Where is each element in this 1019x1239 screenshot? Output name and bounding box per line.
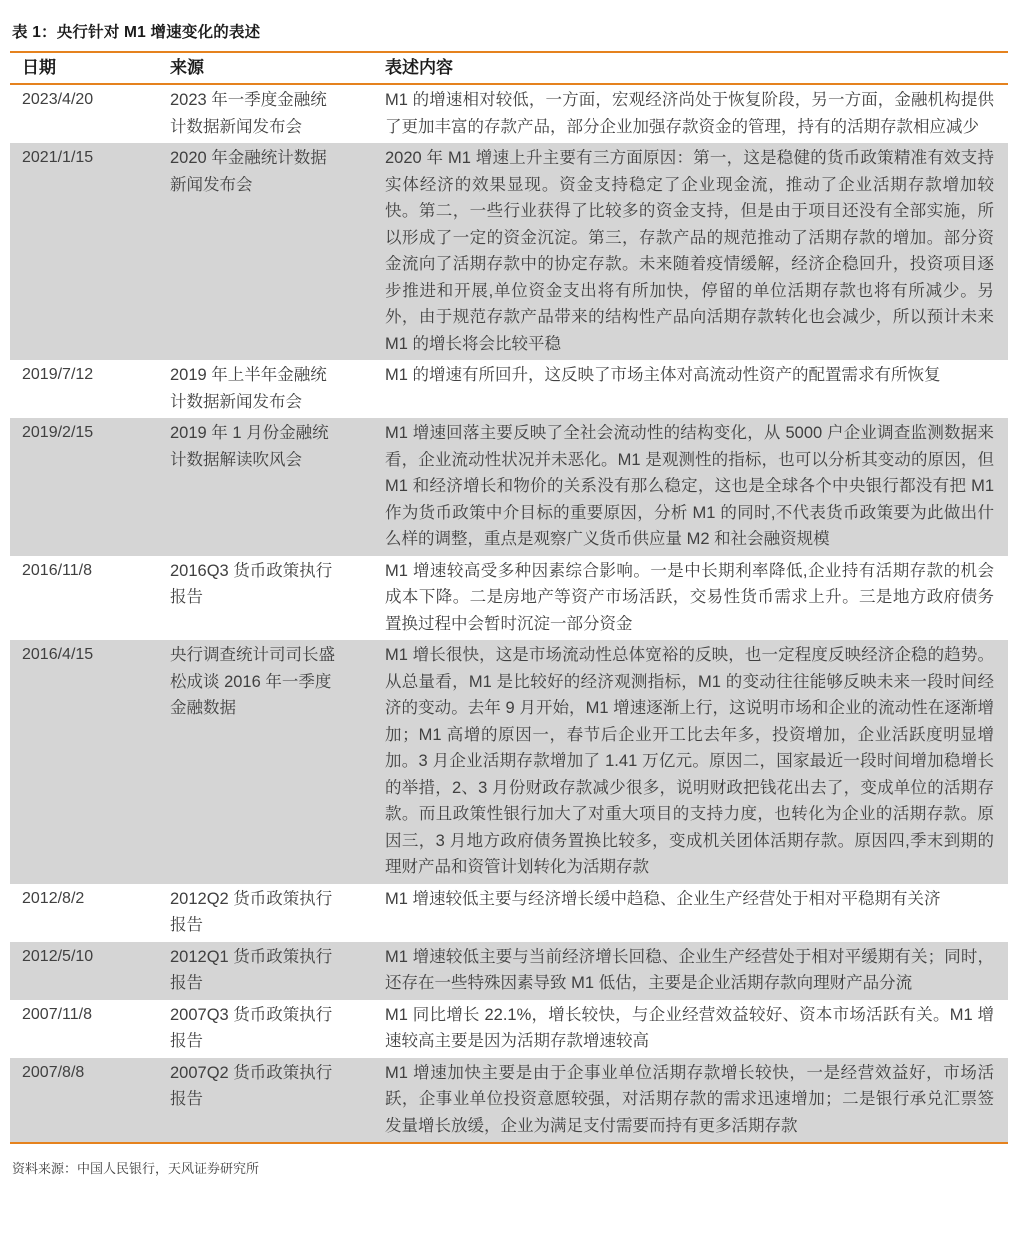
row-date: 2019/7/12 xyxy=(22,362,170,415)
row-source: 2016Q3 货币政策执行报告 xyxy=(170,558,342,638)
row-source: 央行调查统计司司长盛松成谈 2016 年一季度金融数据 xyxy=(170,642,342,881)
row-content: M1 的增速相对较低，一方面，宏观经济尚处于恢复阶段，另一方面，金融机构提供了更… xyxy=(385,87,994,140)
column-header-date: 日期 xyxy=(22,57,170,79)
row-source: 2020 年金融统计数据新闻发布会 xyxy=(170,145,342,357)
table-title: 表 1：央行针对 M1 增速变化的表述 xyxy=(10,20,1008,42)
row-date: 2019/2/15 xyxy=(22,420,170,553)
table-row: 2016/4/15 央行调查统计司司长盛松成谈 2016 年一季度金融数据 M1… xyxy=(10,640,1008,884)
table-row: 2019/2/15 2019 年 1 月份金融统计数据解读吹风会 M1 增速回落… xyxy=(10,418,1008,556)
row-content: M1 增速较低主要与当前经济增长回稳、企业生产经营处于相对平缓期有关；同时，还存… xyxy=(385,944,994,997)
row-content: M1 增速较高受多种因素综合影响。一是中长期利率降低,企业持有活期存款的机会成本… xyxy=(385,558,994,638)
row-source: 2019 年上半年金融统计数据新闻发布会 xyxy=(170,362,342,415)
table-row: 2021/1/15 2020 年金融统计数据新闻发布会 2020 年 M1 增速… xyxy=(10,143,1008,360)
source-note: 资料来源：中国人民银行，天风证券研究所 xyxy=(10,1158,1008,1177)
row-source: 2007Q2 货币政策执行报告 xyxy=(170,1060,342,1140)
row-content: M1 增速较低主要与经济增长缓中趋稳、企业生产经营处于相对平稳期有关济 xyxy=(385,886,994,939)
row-content: M1 增速回落主要反映了全社会流动性的结构变化，从 5000 户企业调查监测数据… xyxy=(385,420,994,553)
table-row: 2012/5/10 2012Q1 货币政策执行报告 M1 增速较低主要与当前经济… xyxy=(10,942,1008,1000)
row-date: 2016/4/15 xyxy=(22,642,170,881)
row-date: 2012/5/10 xyxy=(22,944,170,997)
table-row: 2023/4/20 2023 年一季度金融统计数据新闻发布会 M1 的增速相对较… xyxy=(10,85,1008,143)
row-date: 2023/4/20 xyxy=(22,87,170,140)
table-row: 2007/11/8 2007Q3 货币政策执行报告 M1 同比增长 22.1%，… xyxy=(10,1000,1008,1058)
column-header-source: 来源 xyxy=(170,57,342,79)
row-content: M1 同比增长 22.1%，增长较快，与企业经营效益较好、资本市场活跃有关。M1… xyxy=(385,1002,994,1055)
m1-statements-table: 日期 来源 表述内容 2023/4/20 2023 年一季度金融统计数据新闻发布… xyxy=(10,51,1008,1144)
row-content: M1 的增速有所回升，这反映了市场主体对高流动性资产的配置需求有所恢复 xyxy=(385,362,994,415)
row-source: 2012Q2 货币政策执行报告 xyxy=(170,886,342,939)
table-body: 2023/4/20 2023 年一季度金融统计数据新闻发布会 M1 的增速相对较… xyxy=(10,85,1008,1142)
row-date: 2016/11/8 xyxy=(22,558,170,638)
row-content: M1 增长很快，这是市场流动性总体宽裕的反映，也一定程度反映经济企稳的趋势。从总… xyxy=(385,642,994,881)
row-source: 2007Q3 货币政策执行报告 xyxy=(170,1002,342,1055)
row-date: 2007/8/8 xyxy=(22,1060,170,1140)
row-date: 2007/11/8 xyxy=(22,1002,170,1055)
row-source: 2012Q1 货币政策执行报告 xyxy=(170,944,342,997)
row-content: 2020 年 M1 增速上升主要有三方面原因：第一，这是稳健的货币政策精准有效支… xyxy=(385,145,994,357)
table-row: 2012/8/2 2012Q2 货币政策执行报告 M1 增速较低主要与经济增长缓… xyxy=(10,884,1008,942)
column-header-content: 表述内容 xyxy=(385,57,994,79)
row-content: M1 增速加快主要是由于企事业单位活期存款增长较快，一是经营效益好，市场活跃，企… xyxy=(385,1060,994,1140)
table-header-row: 日期 来源 表述内容 xyxy=(10,51,1008,85)
report-page: 表 1：央行针对 M1 增速变化的表述 日期 来源 表述内容 2023/4/20… xyxy=(0,0,1019,1177)
row-date: 2021/1/15 xyxy=(22,145,170,357)
row-source: 2019 年 1 月份金融统计数据解读吹风会 xyxy=(170,420,342,553)
table-row: 2019/7/12 2019 年上半年金融统计数据新闻发布会 M1 的增速有所回… xyxy=(10,360,1008,418)
table-row: 2007/8/8 2007Q2 货币政策执行报告 M1 增速加快主要是由于企事业… xyxy=(10,1058,1008,1143)
row-date: 2012/8/2 xyxy=(22,886,170,939)
table-row: 2016/11/8 2016Q3 货币政策执行报告 M1 增速较高受多种因素综合… xyxy=(10,556,1008,641)
row-source: 2023 年一季度金融统计数据新闻发布会 xyxy=(170,87,342,140)
